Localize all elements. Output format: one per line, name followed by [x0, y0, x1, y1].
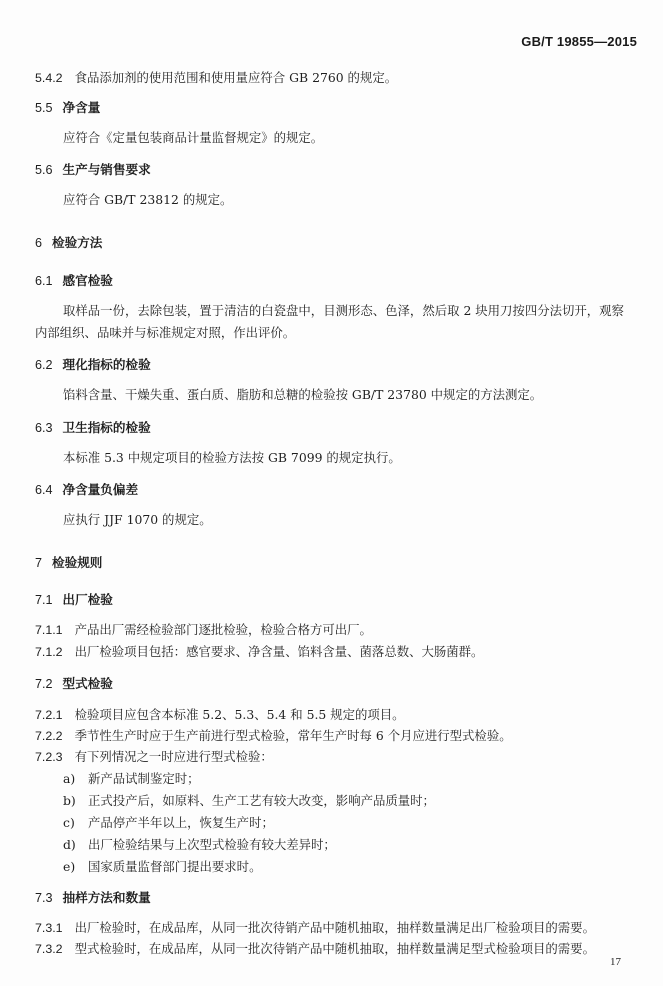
section-number: 6.2	[35, 357, 53, 373]
list-text: 出厂检验结果与上次型式检验有较大差异时；	[88, 837, 336, 852]
section-title: 卫生指标的检验	[63, 420, 151, 435]
list-text: 新产品试制鉴定时；	[88, 771, 200, 786]
section-number: 7.2	[35, 676, 53, 692]
clause-text: 检验项目应包含本标准 5.2、5.3、5.4 和 5.5 规定的项目。	[75, 707, 405, 722]
list-item-d: d)出厂检验结果与上次型式检验有较大差异时；	[63, 837, 336, 853]
section-heading-5-5: 5.5净含量	[35, 100, 100, 116]
section-title: 生产与销售要求	[63, 162, 151, 177]
section-heading-6-4: 6.4净含量负偏差	[35, 482, 138, 498]
section-title: 净含量负偏差	[63, 482, 139, 497]
section-heading-6-1: 6.1感官检验	[35, 273, 113, 289]
list-item-c: c)产品停产半年以上，恢复生产时；	[63, 815, 274, 831]
list-text: 产品停产半年以上，恢复生产时；	[88, 815, 274, 830]
chapter-title: 检验方法	[52, 235, 102, 250]
clause-number: 7.3.2	[35, 941, 63, 957]
clause-text: 出厂检验项目包括：感官要求、净含量、馅料含量、菌落总数、大肠菌群。	[75, 644, 484, 659]
chapter-title: 检验规则	[52, 555, 102, 570]
document-page: GB/T 19855—2015 5.4.2食品添加剂的使用范围和使用量应符合 G…	[0, 0, 663, 986]
section-number: 7.3	[35, 890, 53, 906]
clause-text: 有下列情况之一时应进行型式检验：	[75, 749, 273, 764]
chapter-heading-6: 6检验方法	[35, 235, 102, 251]
section-number: 6.1	[35, 273, 53, 289]
section-number: 5.6	[35, 162, 53, 178]
clause-number: 7.1.1	[35, 622, 63, 638]
clause-text: 产品出厂需经检验部门逐批检验，检验合格方可出厂。	[75, 622, 372, 637]
clause-number: 7.2.2	[35, 728, 63, 744]
clause-7-1-2: 7.1.2出厂检验项目包括：感官要求、净含量、馅料含量、菌落总数、大肠菌群。	[35, 644, 483, 660]
clause-7-3-1: 7.3.1出厂检验时，在成品库，从同一批次待销产品中随机抽取，抽样数量满足出厂检…	[35, 920, 595, 936]
section-heading-6-3: 6.3卫生指标的检验	[35, 420, 151, 436]
clause-number: 7.2.3	[35, 749, 63, 765]
list-marker: d)	[63, 837, 88, 853]
section-number: 7.1	[35, 592, 53, 608]
section-number: 6.3	[35, 420, 53, 436]
section-title: 理化指标的检验	[63, 357, 151, 372]
clause-number: 7.2.1	[35, 707, 63, 723]
section-heading-7-2: 7.2型式检验	[35, 676, 113, 692]
section-heading-7-3: 7.3抽样方法和数量	[35, 890, 151, 906]
clause-text: 季节性生产时应于生产前进行型式检验，常年生产时每 6 个月应进行型式检验。	[75, 728, 512, 743]
standard-code-header: GB/T 19855—2015	[521, 34, 637, 49]
list-item-e: e)国家质量监督部门提出要求时。	[63, 859, 261, 875]
clause-7-2-3: 7.2.3有下列情况之一时应进行型式检验：	[35, 749, 273, 765]
clause-5-4-2: 5.4.2食品添加剂的使用范围和使用量应符合 GB 2760 的规定。	[35, 70, 397, 86]
section-body-6-3: 本标准 5.3 中规定项目的检验方法按 GB 7099 的规定执行。	[63, 450, 401, 466]
section-number: 6.4	[35, 482, 53, 498]
section-title: 感官检验	[63, 273, 113, 288]
list-marker: e)	[63, 859, 88, 875]
section-body-6-1-line1: 取样品一份，去除包装，置于清洁的白瓷盘中，目测形态、色泽，然后取 2 块用刀按四…	[63, 303, 624, 319]
section-heading-5-6: 5.6生产与销售要求	[35, 162, 151, 178]
chapter-number: 6	[35, 235, 42, 251]
clause-7-2-2: 7.2.2季节性生产时应于生产前进行型式检验，常年生产时每 6 个月应进行型式检…	[35, 728, 512, 744]
clause-7-2-1: 7.2.1检验项目应包含本标准 5.2、5.3、5.4 和 5.5 规定的项目。	[35, 707, 405, 723]
list-marker: a)	[63, 771, 88, 787]
section-body-6-2: 馅料含量、干燥失重、蛋白质、脂肪和总糖的检验按 GB/T 23780 中规定的方…	[63, 387, 542, 403]
list-item-a: a)新产品试制鉴定时；	[63, 771, 200, 787]
clause-number: 7.3.1	[35, 920, 63, 936]
list-text: 正式投产后，如原料、生产工艺有较大改变，影响产品质量时；	[88, 793, 435, 808]
chapter-heading-7: 7检验规则	[35, 555, 102, 571]
section-number: 5.5	[35, 100, 53, 116]
page-number: 17	[610, 956, 621, 968]
section-body-6-1-line2: 内部组织、品味并与标准规定对照，作出评价。	[35, 325, 295, 341]
chapter-number: 7	[35, 555, 42, 571]
clause-text: 食品添加剂的使用范围和使用量应符合 GB 2760 的规定。	[75, 70, 398, 85]
clause-7-1-1: 7.1.1产品出厂需经检验部门逐批检验，检验合格方可出厂。	[35, 622, 372, 638]
section-title: 净含量	[63, 100, 101, 115]
section-title: 出厂检验	[63, 592, 113, 607]
section-title: 型式检验	[63, 676, 113, 691]
list-marker: c)	[63, 815, 88, 831]
section-body-6-4: 应执行 JJF 1070 的规定。	[63, 512, 212, 528]
list-item-b: b)正式投产后，如原料、生产工艺有较大改变，影响产品质量时；	[63, 793, 435, 809]
clause-number: 5.4.2	[35, 70, 63, 86]
section-title: 抽样方法和数量	[63, 890, 151, 905]
section-body-5-5: 应符合《定量包装商品计量监督规定》的规定。	[63, 130, 323, 146]
clause-number: 7.1.2	[35, 644, 63, 660]
clause-7-3-2: 7.3.2型式检验时，在成品库，从同一批次待销产品中随机抽取，抽样数量满足型式检…	[35, 941, 595, 957]
clause-text: 型式检验时，在成品库，从同一批次待销产品中随机抽取，抽样数量满足型式检验项目的需…	[75, 941, 595, 956]
section-body-5-6: 应符合 GB/T 23812 的规定。	[63, 192, 232, 208]
section-heading-6-2: 6.2理化指标的检验	[35, 357, 151, 373]
list-text: 国家质量监督部门提出要求时。	[88, 859, 261, 874]
list-marker: b)	[63, 793, 88, 809]
section-heading-7-1: 7.1出厂检验	[35, 592, 113, 608]
clause-text: 出厂检验时，在成品库，从同一批次待销产品中随机抽取，抽样数量满足出厂检验项目的需…	[75, 920, 595, 935]
